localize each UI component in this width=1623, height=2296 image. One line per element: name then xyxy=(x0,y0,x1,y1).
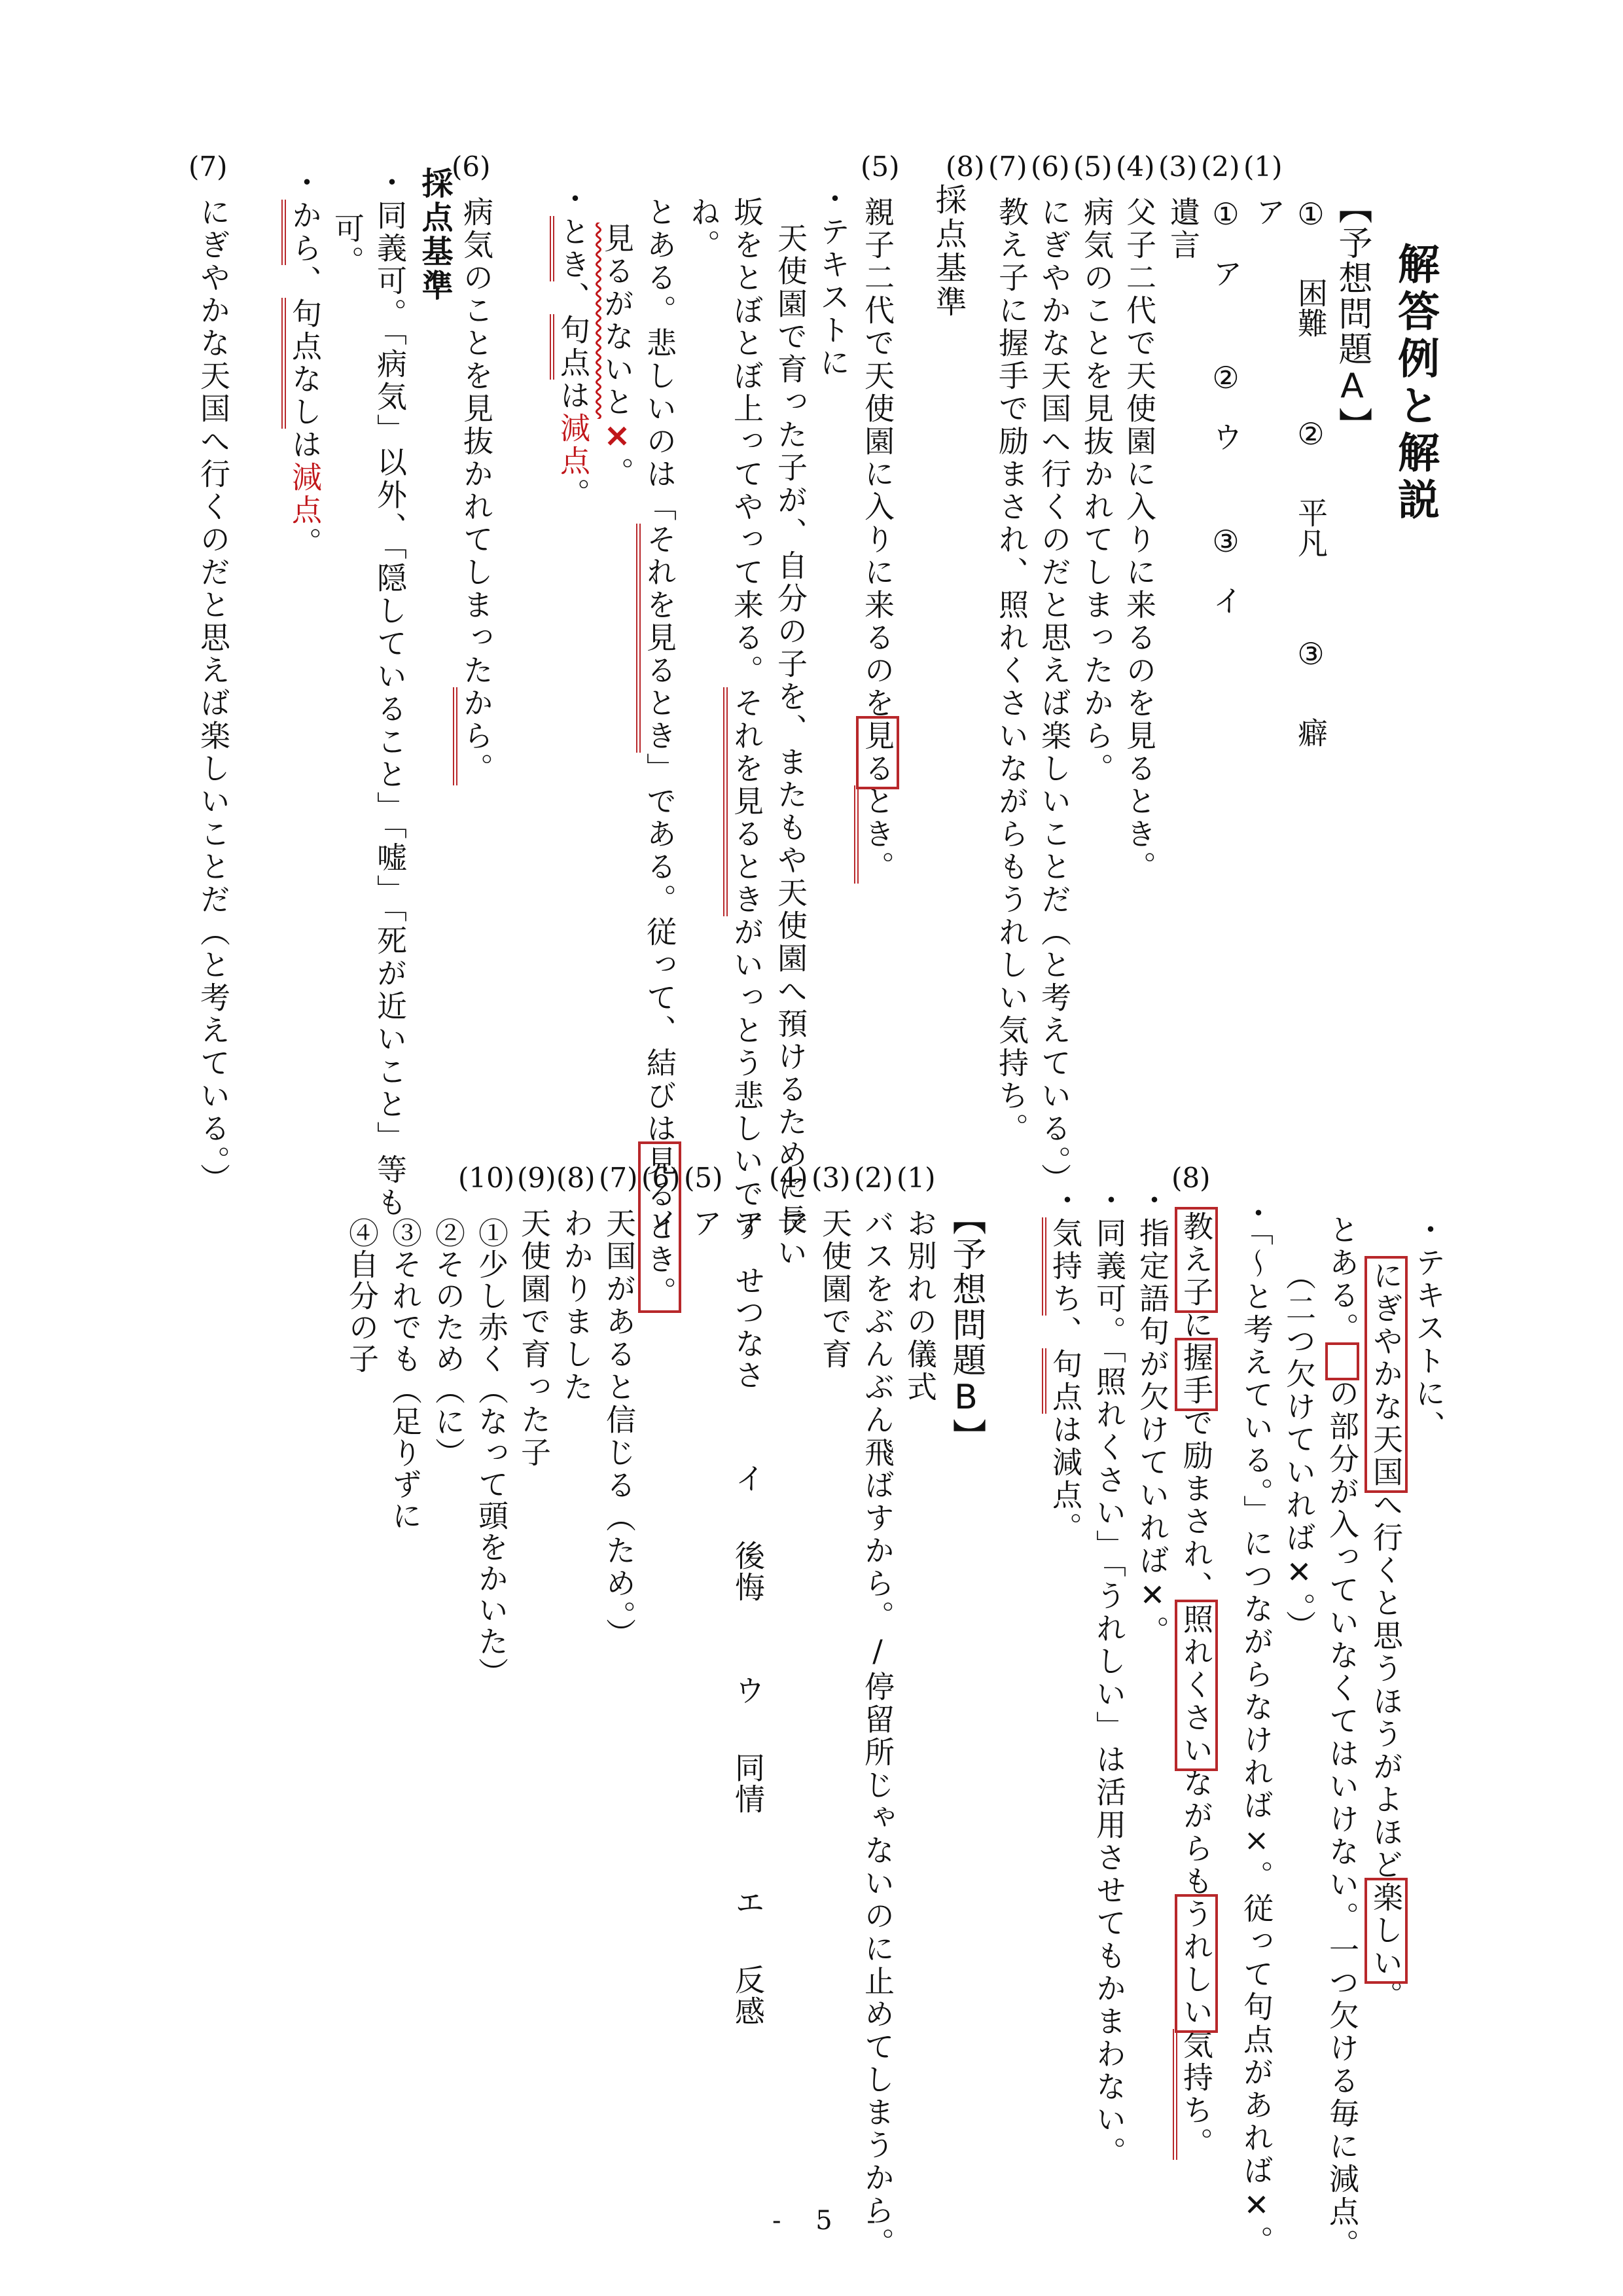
boxed-keyword: 楽しい xyxy=(1368,1882,1404,1980)
mark-1: ① xyxy=(1293,196,1329,232)
q-number-b10: (10) xyxy=(458,1162,514,1194)
q-number-a2: (2) xyxy=(1201,151,1240,183)
page-title: 解答例と解説 xyxy=(1394,242,1436,525)
deduction-text: 減点 xyxy=(287,461,323,527)
q-number-a7: (7) xyxy=(988,151,1027,183)
underlined-text: から。 xyxy=(453,687,494,785)
text: とある。悲しいのは「 xyxy=(642,196,677,524)
e6-rule1: ・同義可。「病気」以外、「隠していること」「嘘」「死が近いこと」等も xyxy=(375,167,405,1219)
e5-text-intro: ・テキストに xyxy=(818,183,848,380)
e5-quote-line3: ね。 xyxy=(688,196,719,262)
e7-rule2: ・「～と考えている。」につながらなければ×。従って句点があれば✕。 xyxy=(1241,1198,1272,2258)
answer-b3: 天使園で育 xyxy=(820,1208,850,1371)
boxed-keyword: 見る xyxy=(860,720,895,785)
underlined-text: とき xyxy=(550,216,591,281)
text: は減点。 xyxy=(1048,1414,1083,1545)
answer-a2: ア xyxy=(1254,196,1284,229)
q-number-b1: (1) xyxy=(897,1162,936,1194)
answer-a3-2: ウ xyxy=(1208,422,1243,452)
answer-a3: ①ア②ウ③イ xyxy=(1211,196,1241,615)
empty-box-icon xyxy=(1328,1345,1357,1378)
e5-answer: 親子二代で天使園に入りに来るのを見るとき。 xyxy=(863,196,893,884)
text: で励まされ、 xyxy=(1179,1407,1214,1604)
text: ながらも xyxy=(1179,1767,1214,1898)
section-a-heading: 【予想問題A】 xyxy=(1335,190,1369,442)
q-number-b8: (8) xyxy=(556,1162,596,1194)
e6-rule2: ・から、句点なしは減点。 xyxy=(290,167,320,560)
text: 。 xyxy=(599,457,635,490)
e7-quote: にぎやかな天国へ行くと思うほうがよほど楽しい。 xyxy=(1371,1260,1401,2013)
e5-quote-line1: 天使園で育った子が、自分の子を、またもや天使園へ預けるために長い xyxy=(776,223,806,1270)
text: 、 xyxy=(556,281,591,314)
q-number-b7: (7) xyxy=(599,1162,638,1194)
text: は xyxy=(556,380,591,412)
answer-b10-4: ④自分の子 xyxy=(347,1217,377,1374)
answer-b10-3: ③それでも（足りずに xyxy=(390,1217,420,1532)
text: 、 xyxy=(1048,1316,1083,1348)
deduction-text: 減点 xyxy=(556,412,591,478)
boxed-keyword: 握手 xyxy=(1179,1342,1214,1407)
answer-b7: 天国があると信じる（ため。） xyxy=(604,1208,634,1651)
e5-quote-line2: 坂をとぼとぼ上ってやって来る。それを見るときがいっとう悲しいです xyxy=(732,196,762,1244)
page-number: - 5 - xyxy=(772,2206,889,2236)
answer-b10-2: ②そのため（に） xyxy=(433,1217,463,1469)
q-number-e5: (5) xyxy=(861,151,900,183)
x-mark-icon: ✕ xyxy=(599,419,635,457)
choice-mark: イ xyxy=(730,1463,766,1494)
underlined-text: それを見るとき xyxy=(636,524,677,753)
underlined-text: 句点 xyxy=(1042,1348,1083,1414)
underlined-text: 気持ち。 xyxy=(1173,2029,1214,2160)
answer-b2: バスをぶんぶん飛ばすから。/停留所じゃないのに止めてしまうから。 xyxy=(863,1208,893,2260)
e7-note-paren: （二つ欠けていれば✕。） xyxy=(1284,1260,1314,1643)
answer-a5: 父子二代で天使園に入りに来るのを見るとき。 xyxy=(1124,196,1154,884)
boxed-keyword: 照れくさい xyxy=(1179,1604,1214,1767)
e5-conclusion: とある。悲しいのは「それを見るとき」である。従って、結びは見るとき。 xyxy=(645,196,675,1309)
underlined-text: 句点 xyxy=(550,314,591,380)
choice-answer: 後悔 xyxy=(730,1540,766,1603)
q-number-b3: (3) xyxy=(811,1162,851,1194)
underlined-text: 気持ち xyxy=(1042,1217,1083,1316)
choice-answer: 同情 xyxy=(730,1752,766,1815)
e6-rule1-cont: 可。 xyxy=(332,213,363,278)
mark-2: ② xyxy=(1208,360,1243,395)
answer-a4: 遺言 xyxy=(1168,196,1198,262)
q-number-b2: (2) xyxy=(854,1162,893,1194)
e7-note: とある。の部分が入っていなくてはいけない。一つ欠ける毎に減点。 xyxy=(1327,1214,1357,2261)
text: の部分が入っていなくてはいけない。一つ欠ける毎に減点。 xyxy=(1325,1378,1360,2261)
q-number-b4: (4) xyxy=(769,1162,808,1194)
e5-rule1: 見るがないと✕。 xyxy=(602,223,632,490)
e8-rule1: ・指定語句が欠けていれば✕。 xyxy=(1137,1185,1168,1648)
q-number-a3: (3) xyxy=(1158,151,1198,183)
text: 、 xyxy=(287,265,323,298)
answer-b1: お別れの儀式 xyxy=(905,1208,935,1404)
text: とある。 xyxy=(1325,1214,1360,1345)
q-number-e8: (8) xyxy=(1171,1162,1211,1194)
answer-b9: 天使園で育った子 xyxy=(519,1208,549,1469)
e8-answer: 教え子に握手で励まされ、照れくさいながらもうれしい気持ち。 xyxy=(1181,1211,1211,2160)
underlined-text: それを見るとき xyxy=(723,687,764,916)
q-number-b6: (6) xyxy=(641,1162,681,1194)
answer-a1-1: 困難 xyxy=(1293,278,1329,338)
choice-mark: ウ xyxy=(730,1675,766,1706)
bullet: ・ xyxy=(1048,1185,1083,1217)
text: 」である。従って、結びは xyxy=(642,753,677,1145)
e6-answer: 病気のことを見抜かれてしまったから。 xyxy=(461,196,491,785)
answer-b10-1: ①少し赤く（なって頭をかいた） xyxy=(476,1217,507,1689)
q-number-a1: (1) xyxy=(1243,151,1283,183)
wavy-underlined-text: 見るがないと xyxy=(599,223,635,419)
e7-answer: にぎやかな天国へ行くのだと思えば楽しいことだ（と考えている。） xyxy=(198,196,228,1196)
boxed-keyword: 教え子 xyxy=(1179,1211,1214,1309)
bullet: ・ xyxy=(556,183,591,216)
underlined-text: とき。 xyxy=(854,785,895,884)
criteria-label: 採点基準 xyxy=(933,183,964,319)
answer-a3-1: ア xyxy=(1208,258,1243,288)
text: 。 xyxy=(556,478,591,511)
answer-b6: イ xyxy=(648,1208,678,1240)
mark-3: ③ xyxy=(1208,524,1243,559)
text: 病気のことを見抜かれてしまった xyxy=(459,196,494,687)
answer-a8: 教え子に握手で励まされ、照れくさいながらもうれしい気持ち。 xyxy=(997,196,1027,1145)
answer-a3-3: イ xyxy=(1208,585,1243,615)
text: 。 xyxy=(1368,1980,1404,2013)
answer-b5: ア xyxy=(690,1208,721,1240)
q-number-a5: (5) xyxy=(1073,151,1113,183)
text: は xyxy=(287,429,323,461)
boxed-keyword: うれしい xyxy=(1179,1898,1214,2029)
answer-b8: わかりました xyxy=(562,1208,592,1404)
q-number-a8: (8) xyxy=(946,151,985,183)
answer-b4: ア xyxy=(777,1208,808,1240)
bullet: ・ xyxy=(287,167,323,200)
e6-criteria: 採点基準 xyxy=(419,167,450,303)
q-number-b5: (5) xyxy=(684,1162,723,1194)
underlined-text: から xyxy=(281,200,323,265)
e7-text-intro: ・テキストに、 xyxy=(1414,1214,1444,1443)
mark-2: ② xyxy=(1293,416,1329,452)
underlined-text: 句点なし xyxy=(281,298,323,429)
text: に xyxy=(1179,1309,1214,1342)
q-number-e7: (7) xyxy=(188,151,228,183)
e8-rule2: ・同義可。「照れくさい」「うれしい」は活用させてもかまわない。 xyxy=(1094,1185,1124,2169)
q-number-e6: (6) xyxy=(452,151,491,183)
e5-rule2: ・とき、句点は減点。 xyxy=(558,183,588,511)
text: へ行くと思うほうがよほど xyxy=(1368,1489,1404,1882)
mark-1: ① xyxy=(1208,196,1243,232)
text: 親子二代で天使園に入りに来るのを xyxy=(860,196,895,720)
q-number-a4: (4) xyxy=(1116,151,1155,183)
text: 坂をとぼとぼ上ってやって来る。 xyxy=(729,196,764,687)
boxed-keyword: にぎやかな天国 xyxy=(1368,1260,1404,1489)
section-b-heading: 【予想問題B】 xyxy=(949,1201,983,1454)
choice-mark: ア xyxy=(730,1208,766,1239)
answer-a1-2: 平凡 xyxy=(1293,497,1329,558)
choice-answer: 反感 xyxy=(730,1964,766,2027)
answer-a6: 病気のことを見抜かれてしまったから。 xyxy=(1082,196,1112,785)
q-number-a6: (6) xyxy=(1031,151,1070,183)
choice-answer: せつなさ xyxy=(730,1265,766,1391)
answer-b-choices: アせつなさイ後悔ウ同情エ反感 xyxy=(733,1208,763,2027)
answer-a1-3: 癖 xyxy=(1293,717,1329,747)
choice-mark: エ xyxy=(730,1887,766,1918)
text: がいっとう悲しいです xyxy=(729,916,764,1244)
mark-3: ③ xyxy=(1293,636,1329,672)
answer-a1: ①困難②平凡③癖 xyxy=(1296,196,1326,747)
text: 。 xyxy=(287,527,323,560)
e8-rule3: ・気持ち、句点は減点。 xyxy=(1050,1185,1080,1545)
answer-a7: にぎやかな天国へ行くのだと思えば楽しいことだ（と考えている。） xyxy=(1039,196,1069,1196)
q-number-b9: (9) xyxy=(517,1162,556,1194)
